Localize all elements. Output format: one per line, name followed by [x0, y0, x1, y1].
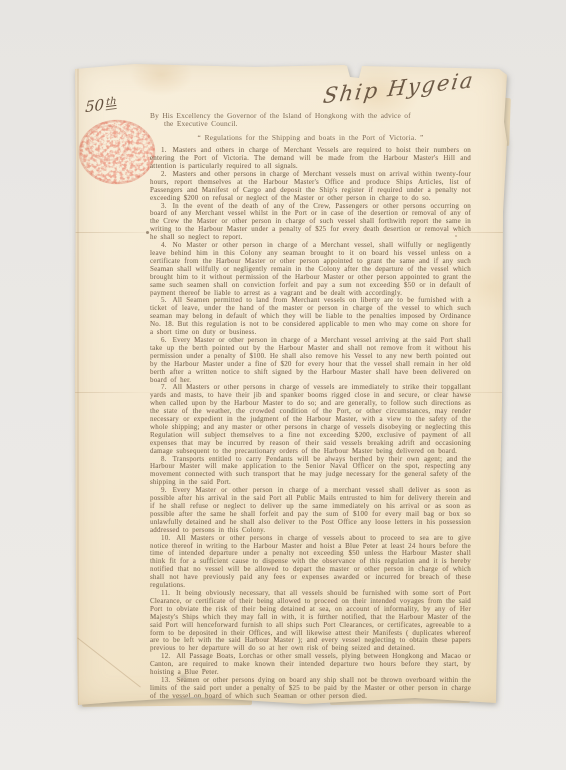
regulation-text: No Master or other person in charge of a… [150, 241, 471, 296]
red-seal-stamp-icon [77, 118, 157, 188]
regulation-number: 10. [161, 534, 170, 542]
doc-number-value: 50 [85, 95, 105, 116]
regulation-item: 9.Every Master or other person in charge… [150, 487, 471, 534]
printed-text-block: By His Excellency the Governor of the Is… [150, 112, 471, 701]
regulation-text: Masters and other persons in charge of M… [150, 170, 471, 202]
regulation-text: Every Master or other person in charge o… [150, 336, 471, 384]
doc-number-suffix: th [106, 96, 117, 111]
handwritten-ship-name: Ship Hygeia [322, 68, 477, 108]
regulation-text: All Masters or other persons in charge o… [150, 383, 471, 454]
regulation-text: All Seamen permitted to land from Mercha… [150, 296, 471, 336]
regulation-item: 2.Masters and other persons in charge of… [150, 171, 471, 203]
handwritten-document-number: 50th [85, 94, 117, 117]
regulation-number: 11. [161, 589, 170, 597]
regulation-text: Every Master or other person in charge o… [150, 486, 471, 534]
regulations-list: 1.Masters and others in charge of Mercha… [150, 147, 471, 700]
regulation-item: 10.All Masters or other persons in charg… [150, 535, 471, 590]
paper-sheet: 50th Ship Hygeia [75, 62, 507, 705]
regulation-number: 7. [161, 383, 167, 391]
regulation-number: 4. [161, 241, 167, 249]
regulation-text: All Passage Boats, Lorchas or other smal… [150, 652, 471, 676]
corner-crease-bottom-left [77, 637, 141, 687]
regulation-item: 3.In the event of the death of any of th… [150, 203, 471, 243]
regulation-text: Transports entitled to carry Pendants wi… [150, 455, 471, 487]
regulation-number: 8. [161, 455, 167, 463]
regulation-item: 4.No Master or other person in charge of… [150, 242, 471, 297]
paper-sheet-wrapper: 50th Ship Hygeia [0, 0, 566, 770]
regulation-text: Seamen or other persons dying on board a… [150, 676, 471, 700]
regulation-text: In the event of the death of any of the … [150, 202, 471, 242]
document-title: “ Regulations for the Shipping and boats… [150, 134, 471, 142]
regulation-item: 13.Seamen or other persons dying on boar… [150, 677, 471, 701]
regulation-number: 13. [161, 676, 170, 684]
regulation-text: It being obviously necessary, that all v… [150, 589, 471, 652]
regulation-number: 2. [161, 170, 167, 178]
regulation-item: 12.All Passage Boats, Lorchas or other s… [150, 653, 471, 677]
regulation-item: 1.Masters and others in charge of Mercha… [150, 147, 471, 171]
regulation-item: 7.All Masters or other persons in charge… [150, 384, 471, 455]
regulation-item: 8.Transports entitled to carry Pendants … [150, 456, 471, 488]
ink-speck [146, 231, 149, 234]
photo-of-historical-document: 50th Ship Hygeia [0, 0, 566, 770]
regulation-number: 9. [161, 486, 167, 494]
regulation-item: 6.Every Master or other person in charge… [150, 337, 471, 384]
regulation-text: Masters and others in charge of Merchant… [150, 146, 471, 170]
regulation-number: 3. [161, 202, 167, 210]
regulation-item: 11.It being obviously necessary, that al… [150, 590, 471, 653]
regulation-number: 12. [161, 652, 170, 660]
regulation-number: 6. [161, 336, 167, 344]
regulation-item: 5.All Seamen permitted to land from Merc… [150, 297, 471, 337]
proclamation-line-2: the Executive Council. [150, 120, 471, 128]
regulation-text: All Masters or other persons in charge o… [150, 534, 471, 589]
regulation-number: 1. [161, 146, 167, 154]
regulation-number: 5. [161, 296, 167, 304]
